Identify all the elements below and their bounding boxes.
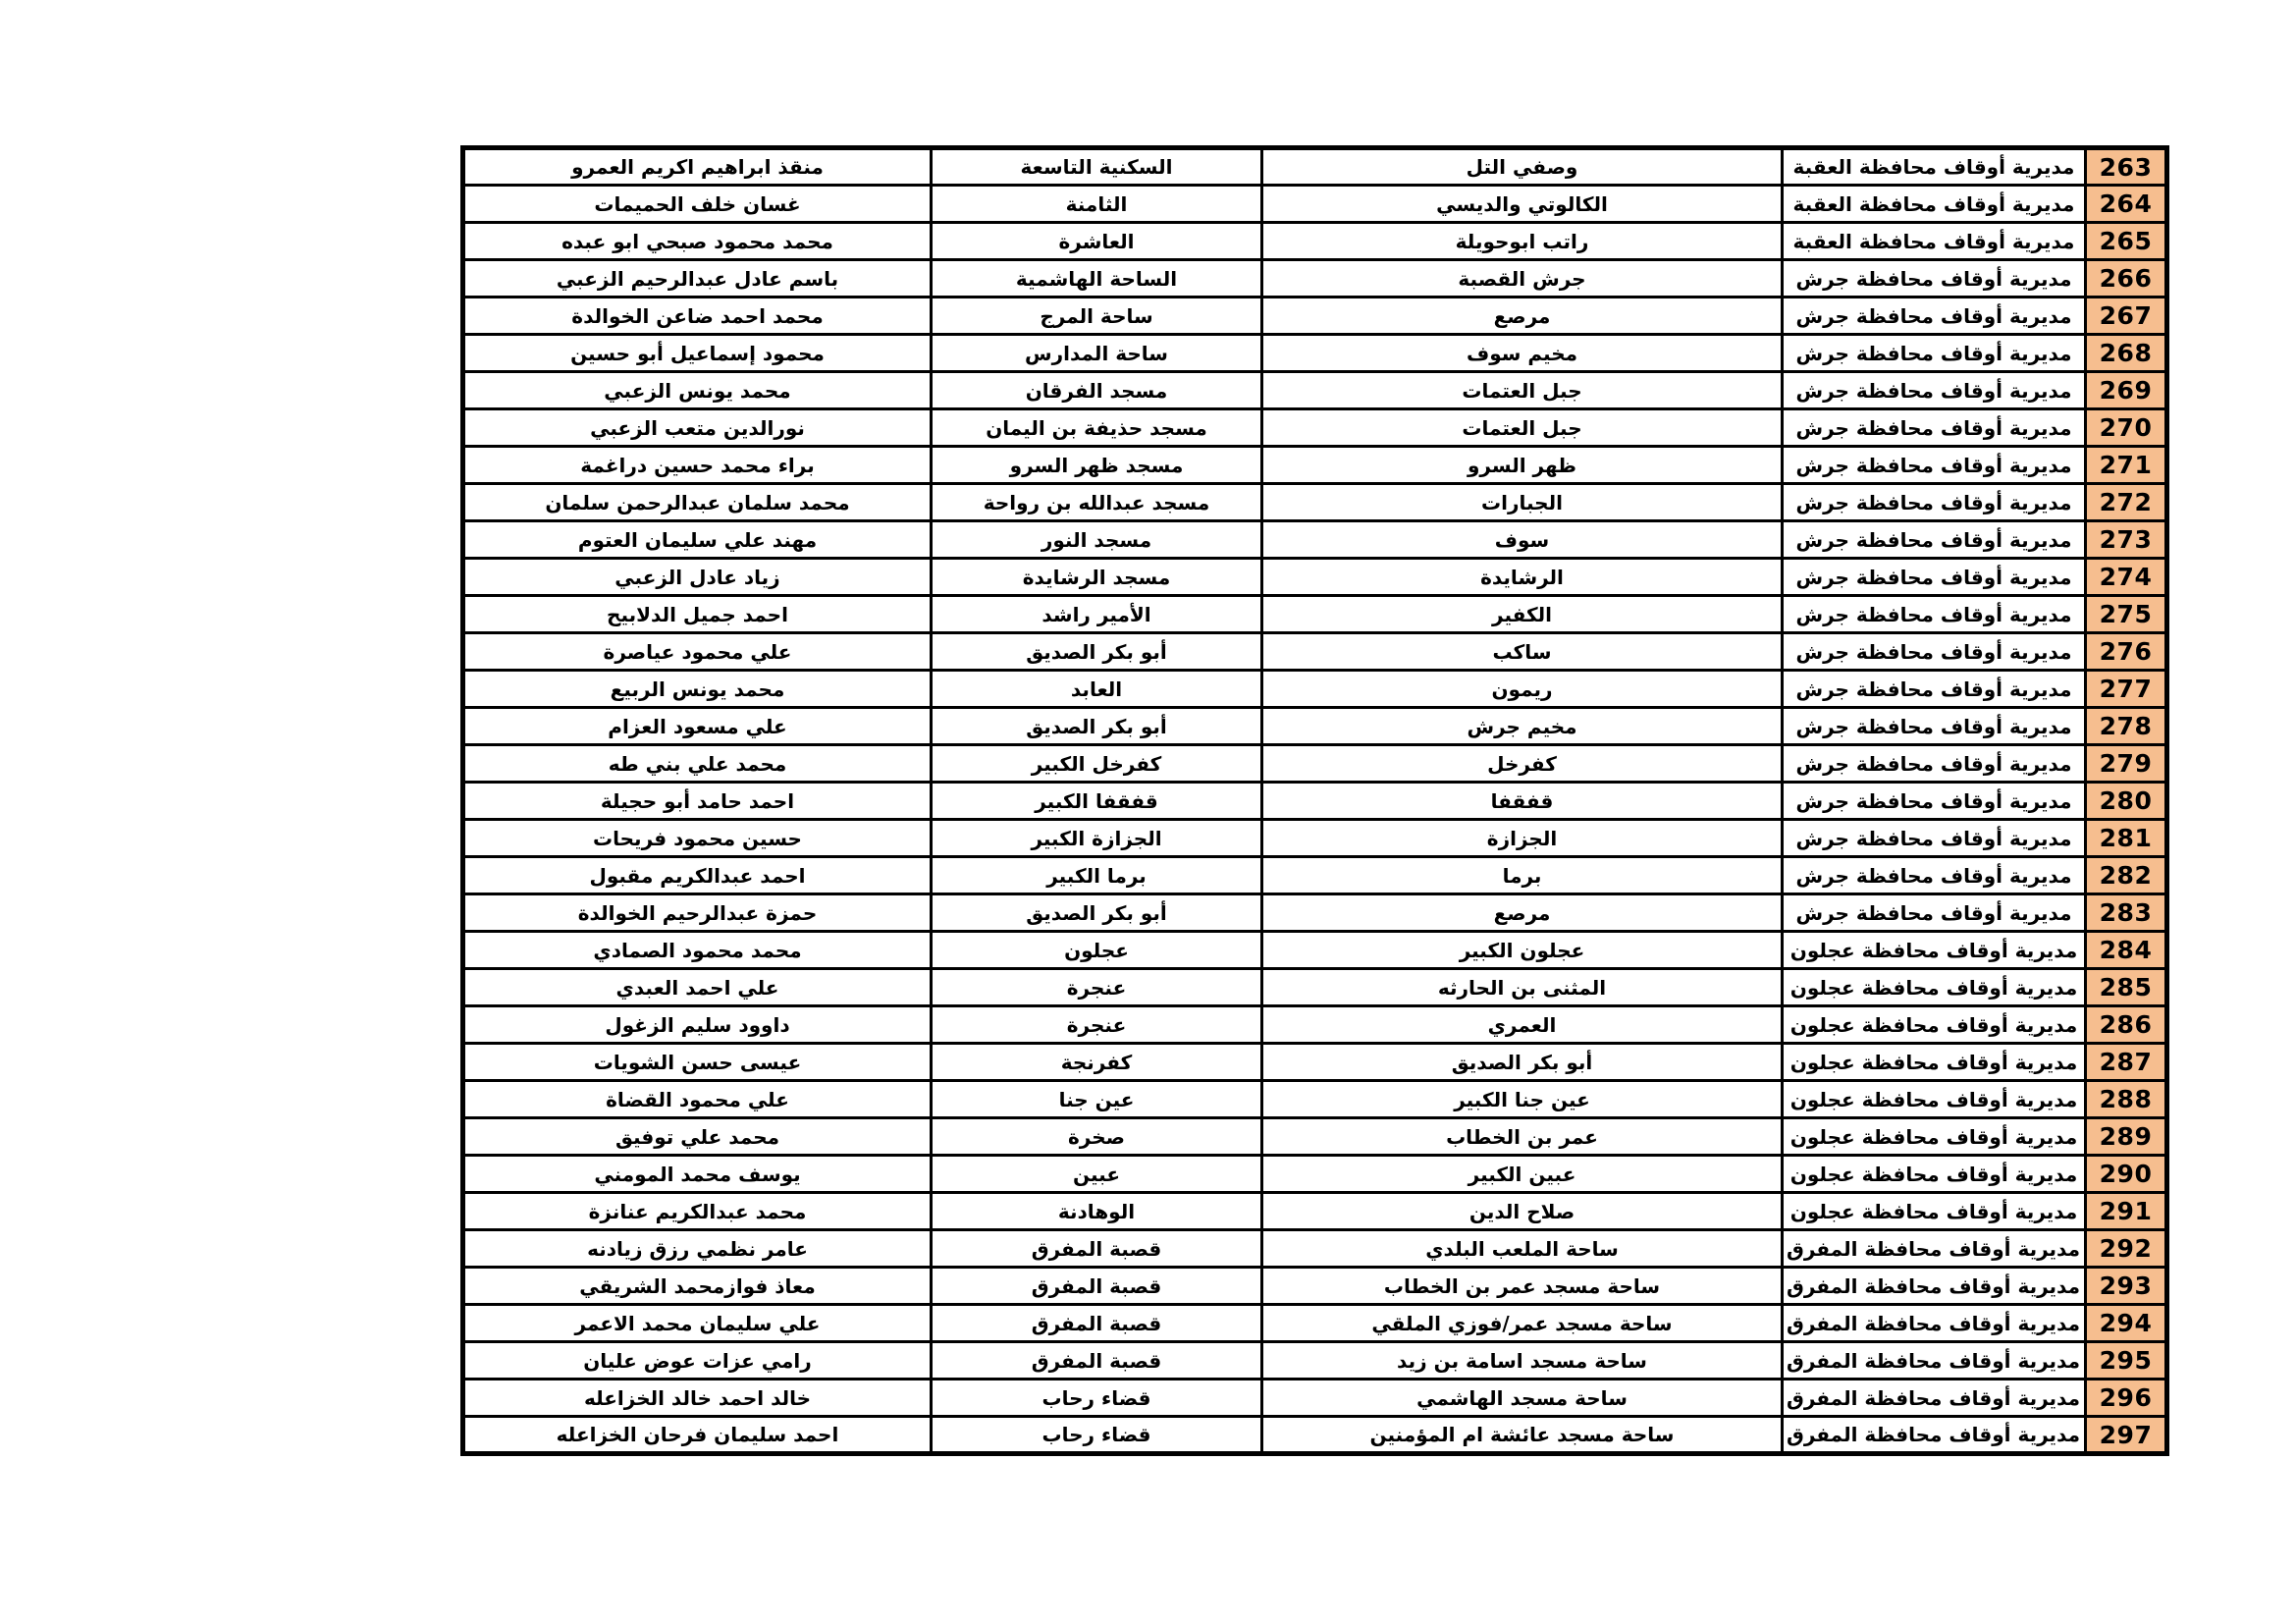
cell-serial: 275: [2086, 596, 2167, 633]
table-row: 291مديرية أوقاف محافظة عجلونصلاح الدينال…: [463, 1193, 2167, 1230]
cell-area: صخرة: [932, 1118, 1262, 1156]
cell-area: الثامنة: [932, 186, 1262, 223]
cell-serial: 289: [2086, 1118, 2167, 1156]
table-row: 295مديرية أوقاف محافظة المفرقساحة مسجد ا…: [463, 1342, 2167, 1380]
cell-site: جبل العتمات: [1262, 372, 1783, 409]
cell-area: كفرنجة: [932, 1044, 1262, 1081]
cell-area: مسجد الرشايدة: [932, 559, 1262, 596]
table-row: 290مديرية أوقاف محافظة عجلونعبين الكبيرع…: [463, 1156, 2167, 1193]
cell-name: احمد سليمان فرحان الخزاعله: [463, 1417, 932, 1454]
cell-name: باسم عادل عبدالرحيم الزعبي: [463, 260, 932, 298]
cell-name: معاذ فوازمحمد الشريقي: [463, 1268, 932, 1305]
cell-serial: 294: [2086, 1305, 2167, 1342]
table-row: 287مديرية أوقاف محافظة عجلونأبو بكر الصد…: [463, 1044, 2167, 1081]
cell-name: علي احمد العبدي: [463, 969, 932, 1006]
table-row: 273مديرية أوقاف محافظة جرشسوفمسجد النورم…: [463, 521, 2167, 559]
cell-serial: 265: [2086, 223, 2167, 260]
cell-area: عنجرة: [932, 1006, 1262, 1044]
cell-directorate: مديرية أوقاف محافظة جرش: [1783, 596, 2086, 633]
cell-area: ساحة المرج: [932, 298, 1262, 335]
cell-site: مرصع: [1262, 894, 1783, 932]
cell-serial: 272: [2086, 484, 2167, 521]
cell-site: عين جنا الكبير: [1262, 1081, 1783, 1118]
table-row: 280مديرية أوقاف محافظة جرشقفقفاقفقفا الك…: [463, 783, 2167, 820]
cell-serial: 285: [2086, 969, 2167, 1006]
table-row: 288مديرية أوقاف محافظة عجلونعين جنا الكب…: [463, 1081, 2167, 1118]
cell-area: الساحة الهاشمية: [932, 260, 1262, 298]
table-row: 297مديرية أوقاف محافظة المفرقساحة مسجد ع…: [463, 1417, 2167, 1454]
cell-site: المثنى بن الحارثه: [1262, 969, 1783, 1006]
table-row: 294مديرية أوقاف محافظة المفرقساحة مسجد ع…: [463, 1305, 2167, 1342]
cell-area: عبين: [932, 1156, 1262, 1193]
cell-area: مسجد النور: [932, 521, 1262, 559]
cell-area: قضاء رحاب: [932, 1380, 1262, 1417]
cell-site: مرصع: [1262, 298, 1783, 335]
cell-site: وصفي التل: [1262, 148, 1783, 186]
cell-area: قصبة المفرق: [932, 1305, 1262, 1342]
cell-serial: 288: [2086, 1081, 2167, 1118]
cell-name: خالد احمد خالد الخزاعله: [463, 1380, 932, 1417]
cell-directorate: مديرية أوقاف محافظة جرش: [1783, 708, 2086, 745]
cell-serial: 266: [2086, 260, 2167, 298]
cell-site: عمر بن الخطاب: [1262, 1118, 1783, 1156]
cell-serial: 264: [2086, 186, 2167, 223]
cell-serial: 293: [2086, 1268, 2167, 1305]
cell-area: أبو بكر الصديق: [932, 894, 1262, 932]
cell-directorate: مديرية أوقاف محافظة جرش: [1783, 783, 2086, 820]
cell-site: الجزازة: [1262, 820, 1783, 857]
cell-name: رامي عزات عوض عليان: [463, 1342, 932, 1380]
cell-serial: 270: [2086, 409, 2167, 447]
cell-serial: 284: [2086, 932, 2167, 969]
table-body: 263مديرية أوقاف محافظة العقبةوصفي التلال…: [463, 148, 2167, 1454]
table-row: 263مديرية أوقاف محافظة العقبةوصفي التلال…: [463, 148, 2167, 186]
cell-directorate: مديرية أوقاف محافظة جرش: [1783, 521, 2086, 559]
cell-site: قفقفا: [1262, 783, 1783, 820]
cell-name: علي محمود عياصرة: [463, 633, 932, 671]
table-row: 269مديرية أوقاف محافظة جرشجبل العتماتمسج…: [463, 372, 2167, 409]
cell-name: محمود إسماعيل أبو حسين: [463, 335, 932, 372]
table-row: 281مديرية أوقاف محافظة جرشالجزازةالجزازة…: [463, 820, 2167, 857]
table-row: 268مديرية أوقاف محافظة جرشمخيم سوفساحة ا…: [463, 335, 2167, 372]
table-row: 277مديرية أوقاف محافظة جرشريمونالعابدمحم…: [463, 671, 2167, 708]
cell-site: عجلون الكبير: [1262, 932, 1783, 969]
cell-area: مسجد حذيفة بن اليمان: [932, 409, 1262, 447]
cell-directorate: مديرية أوقاف محافظة جرش: [1783, 372, 2086, 409]
cell-area: ساحة المدارس: [932, 335, 1262, 372]
document-page: { "table": { "colors": { "serial_backgro…: [0, 0, 2296, 1624]
cell-directorate: مديرية أوقاف محافظة جرش: [1783, 447, 2086, 484]
cell-area: قضاء رحاب: [932, 1417, 1262, 1454]
cell-site: ساكب: [1262, 633, 1783, 671]
cell-area: الوهادنة: [932, 1193, 1262, 1230]
table-row: 279مديرية أوقاف محافظة جرشكفرخلكفرخل الك…: [463, 745, 2167, 783]
cell-serial: 274: [2086, 559, 2167, 596]
cell-name: محمد سلمان عبدالرحمن سلمان: [463, 484, 932, 521]
table-row: 276مديرية أوقاف محافظة جرشساكبأبو بكر ال…: [463, 633, 2167, 671]
table-row: 292مديرية أوقاف محافظة المفرقساحة الملعب…: [463, 1230, 2167, 1268]
cell-directorate: مديرية أوقاف محافظة المفرق: [1783, 1380, 2086, 1417]
cell-area: الأمير راشد: [932, 596, 1262, 633]
cell-site: ساحة مسجد الهاشمي: [1262, 1380, 1783, 1417]
cell-area: قفقفا الكبير: [932, 783, 1262, 820]
cell-area: العاشرة: [932, 223, 1262, 260]
table-row: 285مديرية أوقاف محافظة عجلونالمثنى بن ال…: [463, 969, 2167, 1006]
cell-name: حسين محمود فريحات: [463, 820, 932, 857]
cell-site: ساحة مسجد عائشة ام المؤمنين: [1262, 1417, 1783, 1454]
cell-name: براء محمد حسين دراغمة: [463, 447, 932, 484]
cell-site: صلاح الدين: [1262, 1193, 1783, 1230]
cell-name: حمزة عبدالرحيم الخوالدة: [463, 894, 932, 932]
cell-area: عنجرة: [932, 969, 1262, 1006]
cell-directorate: مديرية أوقاف محافظة جرش: [1783, 857, 2086, 894]
cell-name: منقذ ابراهيم اكريم العمرو: [463, 148, 932, 186]
cell-serial: 286: [2086, 1006, 2167, 1044]
cell-serial: 292: [2086, 1230, 2167, 1268]
cell-area: كفرخل الكبير: [932, 745, 1262, 783]
table-row: 289مديرية أوقاف محافظة عجلونعمر بن الخطا…: [463, 1118, 2167, 1156]
cell-area: العابد: [932, 671, 1262, 708]
table-row: 274مديرية أوقاف محافظة جرشالرشايدةمسجد ا…: [463, 559, 2167, 596]
cell-directorate: مديرية أوقاف محافظة جرش: [1783, 409, 2086, 447]
cell-name: محمد محمود الصمادي: [463, 932, 932, 969]
cell-directorate: مديرية أوقاف محافظة المفرق: [1783, 1230, 2086, 1268]
cell-directorate: مديرية أوقاف محافظة العقبة: [1783, 186, 2086, 223]
cell-serial: 290: [2086, 1156, 2167, 1193]
cell-site: عبين الكبير: [1262, 1156, 1783, 1193]
cell-directorate: مديرية أوقاف محافظة العقبة: [1783, 148, 2086, 186]
cell-directorate: مديرية أوقاف محافظة جرش: [1783, 260, 2086, 298]
cell-site: جبل العتمات: [1262, 409, 1783, 447]
cell-serial: 291: [2086, 1193, 2167, 1230]
cell-area: عجلون: [932, 932, 1262, 969]
cell-name: محمد احمد ضاعن الخوالدة: [463, 298, 932, 335]
cell-directorate: مديرية أوقاف محافظة جرش: [1783, 335, 2086, 372]
cell-site: ظهر السرو: [1262, 447, 1783, 484]
cell-name: مهند علي سليمان العتوم: [463, 521, 932, 559]
cell-area: مسجد الفرقان: [932, 372, 1262, 409]
cell-serial: 269: [2086, 372, 2167, 409]
cell-directorate: مديرية أوقاف محافظة عجلون: [1783, 1044, 2086, 1081]
table-row: 267مديرية أوقاف محافظة جرشمرصعساحة المرج…: [463, 298, 2167, 335]
cell-directorate: مديرية أوقاف محافظة جرش: [1783, 298, 2086, 335]
cell-serial: 280: [2086, 783, 2167, 820]
table-row: 271مديرية أوقاف محافظة جرشظهر السرومسجد …: [463, 447, 2167, 484]
cell-serial: 282: [2086, 857, 2167, 894]
cell-directorate: مديرية أوقاف محافظة المفرق: [1783, 1268, 2086, 1305]
cell-site: جرش القصبة: [1262, 260, 1783, 298]
cell-site: ريمون: [1262, 671, 1783, 708]
cell-directorate: مديرية أوقاف محافظة المفرق: [1783, 1305, 2086, 1342]
cell-site: ساحة مسجد عمر/فوزي الملقي: [1262, 1305, 1783, 1342]
cell-name: محمد علي بني طه: [463, 745, 932, 783]
table-row: 275مديرية أوقاف محافظة جرشالكفيرالأمير ر…: [463, 596, 2167, 633]
cell-serial: 295: [2086, 1342, 2167, 1380]
cell-directorate: مديرية أوقاف محافظة جرش: [1783, 484, 2086, 521]
cell-area: قصبة المفرق: [932, 1230, 1262, 1268]
cell-site: مخيم جرش: [1262, 708, 1783, 745]
cell-name: محمد علي توفيق: [463, 1118, 932, 1156]
cell-directorate: مديرية أوقاف محافظة جرش: [1783, 894, 2086, 932]
cell-serial: 273: [2086, 521, 2167, 559]
cell-name: احمد عبدالكريم مقبول: [463, 857, 932, 894]
cell-directorate: مديرية أوقاف محافظة جرش: [1783, 745, 2086, 783]
table-row: 282مديرية أوقاف محافظة جرشبرمابرما الكبي…: [463, 857, 2167, 894]
table-row: 270مديرية أوقاف محافظة جرشجبل العتماتمسج…: [463, 409, 2167, 447]
cell-area: الجزازة الكبير: [932, 820, 1262, 857]
cell-serial: 283: [2086, 894, 2167, 932]
cell-area: برما الكبير: [932, 857, 1262, 894]
table-row: 296مديرية أوقاف محافظة المفرقساحة مسجد ا…: [463, 1380, 2167, 1417]
cell-area: قصبة المفرق: [932, 1268, 1262, 1305]
cell-name: عامر نظمي رزق زيادنه: [463, 1230, 932, 1268]
cell-serial: 276: [2086, 633, 2167, 671]
cell-serial: 296: [2086, 1380, 2167, 1417]
cell-site: كفرخل: [1262, 745, 1783, 783]
cell-directorate: مديرية أوقاف محافظة عجلون: [1783, 1006, 2086, 1044]
cell-name: محمد محمود صبحي ابو عبده: [463, 223, 932, 260]
cell-directorate: مديرية أوقاف محافظة جرش: [1783, 559, 2086, 596]
cell-serial: 271: [2086, 447, 2167, 484]
cell-site: ساحة مسجد اسامة بن زيد: [1262, 1342, 1783, 1380]
cell-name: غسان خلف الحميمات: [463, 186, 932, 223]
cell-site: راتب ابوحويلة: [1262, 223, 1783, 260]
cell-serial: 297: [2086, 1417, 2167, 1454]
cell-name: محمد يونس الزعبي: [463, 372, 932, 409]
cell-name: زياد عادل الزعبي: [463, 559, 932, 596]
table-row: 284مديرية أوقاف محافظة عجلونعجلون الكبير…: [463, 932, 2167, 969]
cell-directorate: مديرية أوقاف محافظة جرش: [1783, 633, 2086, 671]
cell-area: مسجد ظهر السرو: [932, 447, 1262, 484]
table-row: 293مديرية أوقاف محافظة المفرقساحة مسجد ع…: [463, 1268, 2167, 1305]
table-row: 272مديرية أوقاف محافظة جرشالجباراتمسجد ع…: [463, 484, 2167, 521]
cell-area: مسجد عبدالله بن رواحة: [932, 484, 1262, 521]
table-row: 265مديرية أوقاف محافظة العقبةراتب ابوحوي…: [463, 223, 2167, 260]
table-row: 266مديرية أوقاف محافظة جرشجرش القصبةالسا…: [463, 260, 2167, 298]
cell-directorate: مديرية أوقاف محافظة عجلون: [1783, 1156, 2086, 1193]
cell-area: عين جنا: [932, 1081, 1262, 1118]
cell-site: ساحة مسجد عمر بن الخطاب: [1262, 1268, 1783, 1305]
cell-name: احمد جميل الدلابيح: [463, 596, 932, 633]
cell-area: السكنية التاسعة: [932, 148, 1262, 186]
cell-serial: 268: [2086, 335, 2167, 372]
cell-site: أبو بكر الصديق: [1262, 1044, 1783, 1081]
cell-site: مخيم سوف: [1262, 335, 1783, 372]
cell-name: احمد حامد أبو حجيلة: [463, 783, 932, 820]
cell-area: أبو بكر الصديق: [932, 708, 1262, 745]
cell-name: محمد عبدالكريم عنانزة: [463, 1193, 932, 1230]
cell-directorate: مديرية أوقاف محافظة المفرق: [1783, 1342, 2086, 1380]
cell-site: الكفير: [1262, 596, 1783, 633]
table-row: 286مديرية أوقاف محافظة عجلونالعمريعنجرةد…: [463, 1006, 2167, 1044]
cell-site: ساحة الملعب البلدي: [1262, 1230, 1783, 1268]
cell-serial: 281: [2086, 820, 2167, 857]
cell-serial: 277: [2086, 671, 2167, 708]
cell-directorate: مديرية أوقاف محافظة جرش: [1783, 820, 2086, 857]
cell-site: الجبارات: [1262, 484, 1783, 521]
cell-serial: 278: [2086, 708, 2167, 745]
cell-site: الرشايدة: [1262, 559, 1783, 596]
cell-name: نورالدين متعب الزعبي: [463, 409, 932, 447]
cell-directorate: مديرية أوقاف محافظة عجلون: [1783, 1193, 2086, 1230]
table-row: 283مديرية أوقاف محافظة جرشمرصعأبو بكر ال…: [463, 894, 2167, 932]
cell-serial: 287: [2086, 1044, 2167, 1081]
cell-name: علي محمود القضاة: [463, 1081, 932, 1118]
cell-site: العمري: [1262, 1006, 1783, 1044]
cell-site: الكالوتي والديسي: [1262, 186, 1783, 223]
table-row: 278مديرية أوقاف محافظة جرشمخيم جرشأبو بك…: [463, 708, 2167, 745]
cell-directorate: مديرية أوقاف محافظة جرش: [1783, 671, 2086, 708]
cell-site: سوف: [1262, 521, 1783, 559]
cell-name: علي مسعود العزام: [463, 708, 932, 745]
awqaf-roster-table: 263مديرية أوقاف محافظة العقبةوصفي التلال…: [460, 145, 2169, 1456]
cell-name: يوسف محمد المومني: [463, 1156, 932, 1193]
cell-directorate: مديرية أوقاف محافظة عجلون: [1783, 969, 2086, 1006]
cell-area: قصبة المفرق: [932, 1342, 1262, 1380]
cell-directorate: مديرية أوقاف محافظة عجلون: [1783, 1118, 2086, 1156]
cell-serial: 279: [2086, 745, 2167, 783]
cell-name: عيسى حسن الشويات: [463, 1044, 932, 1081]
cell-name: محمد يونس الربيع: [463, 671, 932, 708]
cell-directorate: مديرية أوقاف محافظة عجلون: [1783, 932, 2086, 969]
cell-name: علي سليمان محمد الاعمر: [463, 1305, 932, 1342]
cell-directorate: مديرية أوقاف محافظة عجلون: [1783, 1081, 2086, 1118]
cell-name: داوود سليم الزغول: [463, 1006, 932, 1044]
cell-site: برما: [1262, 857, 1783, 894]
cell-directorate: مديرية أوقاف محافظة المفرق: [1783, 1417, 2086, 1454]
cell-serial: 263: [2086, 148, 2167, 186]
cell-directorate: مديرية أوقاف محافظة العقبة: [1783, 223, 2086, 260]
cell-area: أبو بكر الصديق: [932, 633, 1262, 671]
cell-serial: 267: [2086, 298, 2167, 335]
table-row: 264مديرية أوقاف محافظة العقبةالكالوتي وا…: [463, 186, 2167, 223]
